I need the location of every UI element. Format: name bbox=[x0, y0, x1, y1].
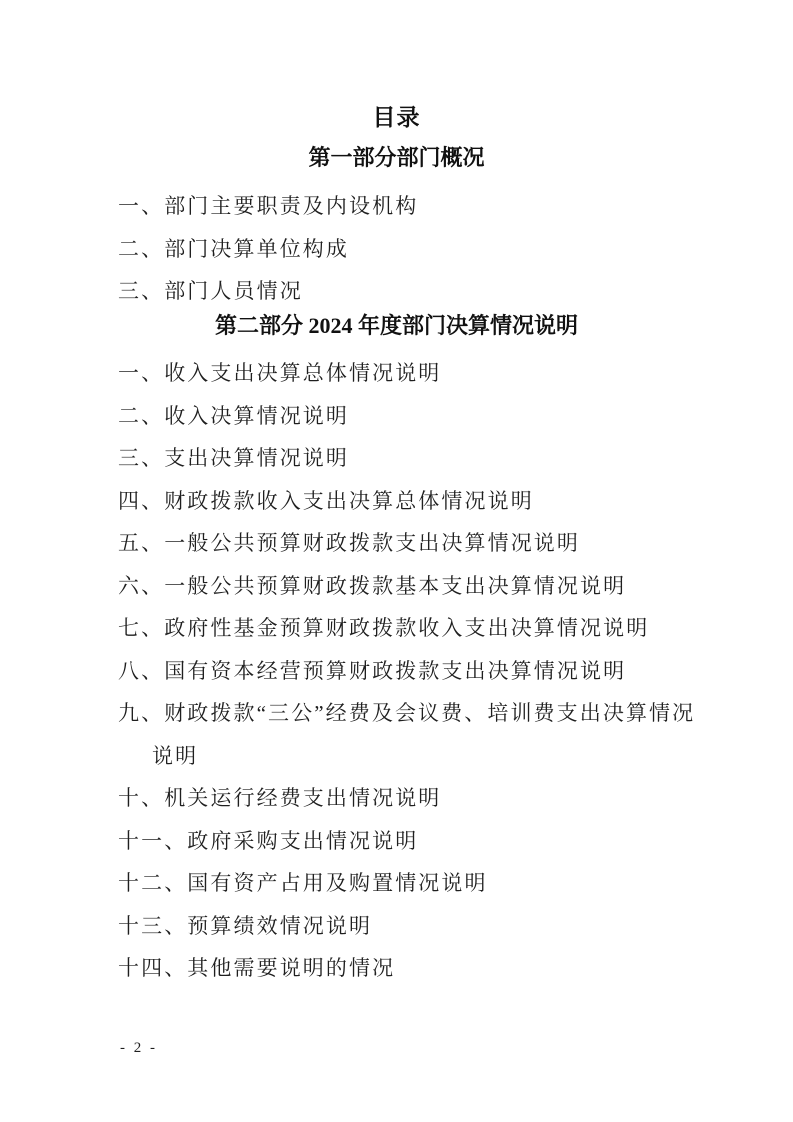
toc-entry: 五、一般公共预算财政拨款支出决算情况说明 bbox=[118, 522, 733, 565]
toc-entry: 十三、预算绩效情况说明 bbox=[118, 905, 733, 948]
part1-heading: 第一部分部门概况 bbox=[0, 147, 793, 169]
toc-entry: 十二、国有资产占用及购置情况说明 bbox=[118, 862, 733, 905]
part1-toc-list: 一、部门主要职责及内设机构 二、部门决算单位构成 三、部门人员情况 bbox=[118, 185, 733, 313]
toc-entry: 十四、其他需要说明的情况 bbox=[118, 947, 733, 990]
toc-entry: 三、支出决算情况说明 bbox=[118, 437, 733, 480]
toc-entry: 七、政府性基金预算财政拨款收入支出决算情况说明 bbox=[118, 607, 733, 650]
toc-entry: 十一、政府采购支出情况说明 bbox=[118, 820, 733, 863]
toc-entry: 六、一般公共预算财政拨款基本支出决算情况说明 bbox=[118, 565, 733, 608]
part2-heading: 第二部分 2024 年度部门决算情况说明 bbox=[0, 315, 793, 337]
toc-entry: 三、部门人员情况 bbox=[118, 270, 733, 313]
toc-entry: 九、财政拨款“三公”经费及会议费、培训费支出决算情况 bbox=[118, 692, 733, 735]
toc-entry: 八、国有资本经营预算财政拨款支出决算情况说明 bbox=[118, 650, 733, 693]
document-page: 目录 第一部分部门概况 一、部门主要职责及内设机构 二、部门决算单位构成 三、部… bbox=[0, 0, 793, 1122]
toc-entry-continuation: 说明 bbox=[118, 735, 733, 778]
toc-entry: 十、机关运行经费支出情况说明 bbox=[118, 777, 733, 820]
toc-entry: 一、部门主要职责及内设机构 bbox=[118, 185, 733, 228]
document-title: 目录 bbox=[0, 106, 793, 129]
page-number: - 2 - bbox=[120, 1040, 158, 1057]
toc-entry: 四、财政拨款收入支出决算总体情况说明 bbox=[118, 480, 733, 523]
toc-entry: 二、收入决算情况说明 bbox=[118, 395, 733, 438]
part2-toc-list: 一、收入支出决算总体情况说明 二、收入决算情况说明 三、支出决算情况说明 四、财… bbox=[118, 352, 733, 990]
toc-entry: 二、部门决算单位构成 bbox=[118, 228, 733, 271]
toc-entry: 一、收入支出决算总体情况说明 bbox=[118, 352, 733, 395]
